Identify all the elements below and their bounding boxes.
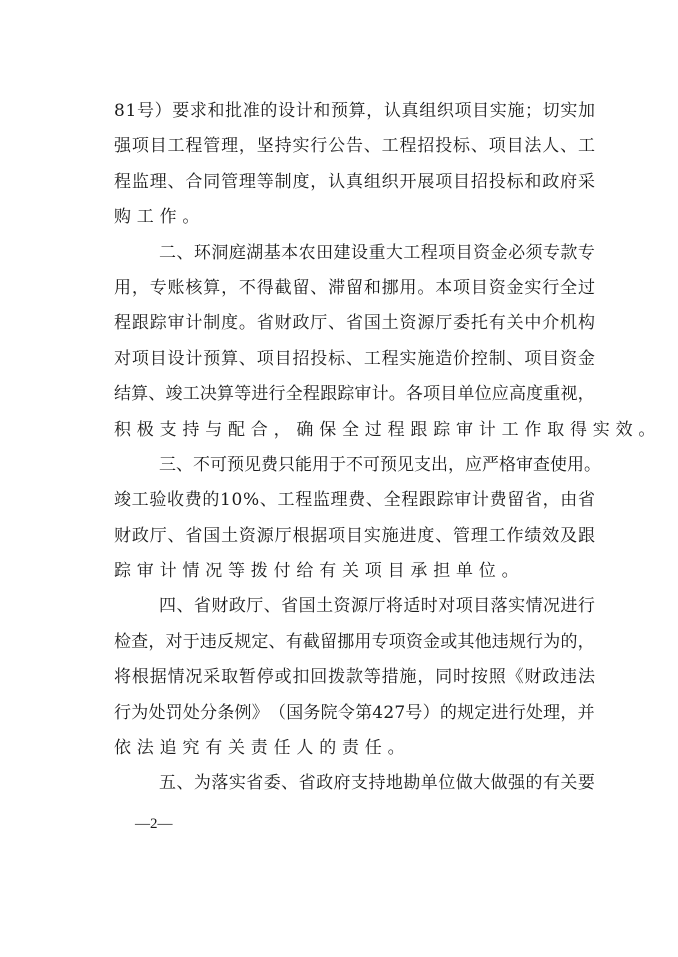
text-line: 踪审计情况等拨付给有关项目承担单位。 — [114, 554, 595, 589]
text-line: 行为处罚处分条例》（国务院令第427号）的规定进行处理，并 — [114, 696, 595, 731]
text-line: 依法追究有关责任人的责任。 — [114, 731, 595, 766]
text-line: 程监理、合同管理等制度，认真组织开展项目招投标和政府采 — [114, 165, 595, 200]
text-line: 81号）要求和批准的设计和预算，认真组织项目实施；切实加 — [114, 94, 595, 129]
document-page: 81号）要求和批准的设计和预算，认真组织项目实施；切实加 强项目工程管理，坚持实… — [0, 0, 678, 957]
text-line: 强项目工程管理，坚持实行公告、工程招投标、项目法人、工 — [114, 129, 595, 164]
text-line: 用，专账核算，不得截留、滞留和挪用。本项目资金实行全过 — [114, 271, 595, 306]
text-line: 积极支持与配合，确保全过程跟踪审计工作取得实效。 — [114, 413, 595, 448]
paragraph-continued: 81号）要求和批准的设计和预算，认真组织项目实施；切实加 强项目工程管理，坚持实… — [114, 94, 595, 236]
text-line: 财政厅、省国土资源厅根据项目实施进度、管理工作绩效及跟 — [114, 519, 595, 554]
paragraph-3-contingency-fees: 三、不可预见费只能用于不可预见支出，应严格审查使用。 竣工验收费的10%、工程监… — [114, 448, 595, 590]
paragraph-5-geological-units: 五、为落实省委、省政府支持地勘单位做大做强的有关要 — [114, 766, 595, 801]
text-line: 检查，对于违反规定、有截留挪用专项资金或其他违规行为的， — [114, 625, 595, 660]
text-line: 竣工验收费的10%、工程监理费、全程跟踪审计费留省，由省 — [114, 483, 595, 518]
text-line: 二、环洞庭湖基本农田建设重大工程项目资金必须专款专 — [114, 236, 595, 271]
text-line: 对项目设计预算、项目招投标、工程实施造价控制、项目资金 — [114, 342, 595, 377]
text-line: 将根据情况采取暂停或扣回拨款等措施，同时按照《财政违法 — [114, 660, 595, 695]
text-line: 程跟踪审计制度。省财政厅、省国土资源厅委托有关中介机构 — [114, 306, 595, 341]
text-line: 五、为落实省委、省政府支持地勘单位做大做强的有关要 — [114, 766, 595, 801]
text-line: 四、省财政厅、省国土资源厅将适时对项目落实情况进行 — [114, 589, 595, 624]
paragraph-2-fund-usage: 二、环洞庭湖基本农田建设重大工程项目资金必须专款专 用，专账核算，不得截留、滞留… — [114, 236, 595, 448]
text-line: 结算、竣工决算等进行全程跟踪审计。各项目单位应高度重视， — [114, 377, 595, 412]
page-number: —2— — [135, 816, 173, 833]
text-line: 三、不可预见费只能用于不可预见支出，应严格审查使用。 — [114, 448, 595, 483]
body-text: 81号）要求和批准的设计和预算，认真组织项目实施；切实加 强项目工程管理，坚持实… — [114, 94, 595, 802]
text-line: 购工作。 — [114, 200, 595, 235]
paragraph-4-inspection: 四、省财政厅、省国土资源厅将适时对项目落实情况进行 检查，对于违反规定、有截留挪… — [114, 589, 595, 766]
